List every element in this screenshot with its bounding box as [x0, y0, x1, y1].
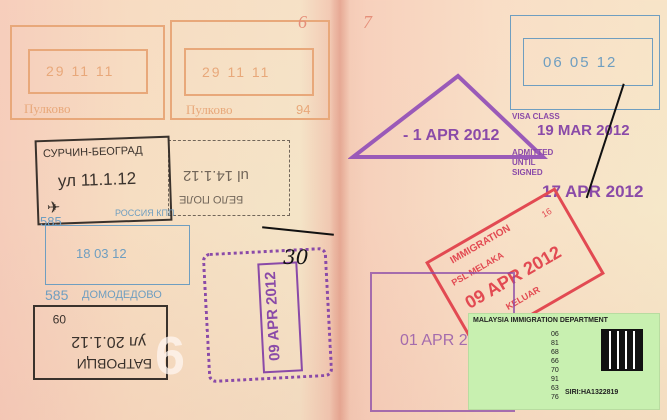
- malaysia-visa-sticker: MALAYSIA IMMIGRATION DEPARTMENT 0681 686…: [468, 313, 660, 410]
- handwriting: 30: [283, 245, 308, 269]
- pulkovo-stamp-2: 29 11 11 Пулково 94: [170, 20, 330, 120]
- passport-gutter: [330, 0, 350, 420]
- bela-polje-stamp: ul 14.1.12 БЕЛО ПОЛЕ: [168, 140, 290, 216]
- sticker-digits: 0681 6866 7091 6376: [551, 330, 559, 402]
- batrovci-stamp: БАТРОВЦИ ул 20.1.12 09: [33, 305, 168, 380]
- page-number-7: 7: [363, 12, 372, 33]
- purple-vertical-stamp: 09 APR 2012: [202, 247, 334, 383]
- qr-code-icon: [601, 329, 643, 371]
- page-number-6-watermark: 6: [155, 325, 185, 387]
- pulkovo-stamp-1: 29 11 11 Пулково: [10, 25, 165, 120]
- page-number-6-top: 6: [298, 12, 307, 33]
- russia-domodedovo-stamp: 18 03 12: [45, 225, 190, 285]
- visa-class-stamp: VISA CLASS 19 MAR 2012 ADMITTED UNTIL SI…: [512, 108, 667, 208]
